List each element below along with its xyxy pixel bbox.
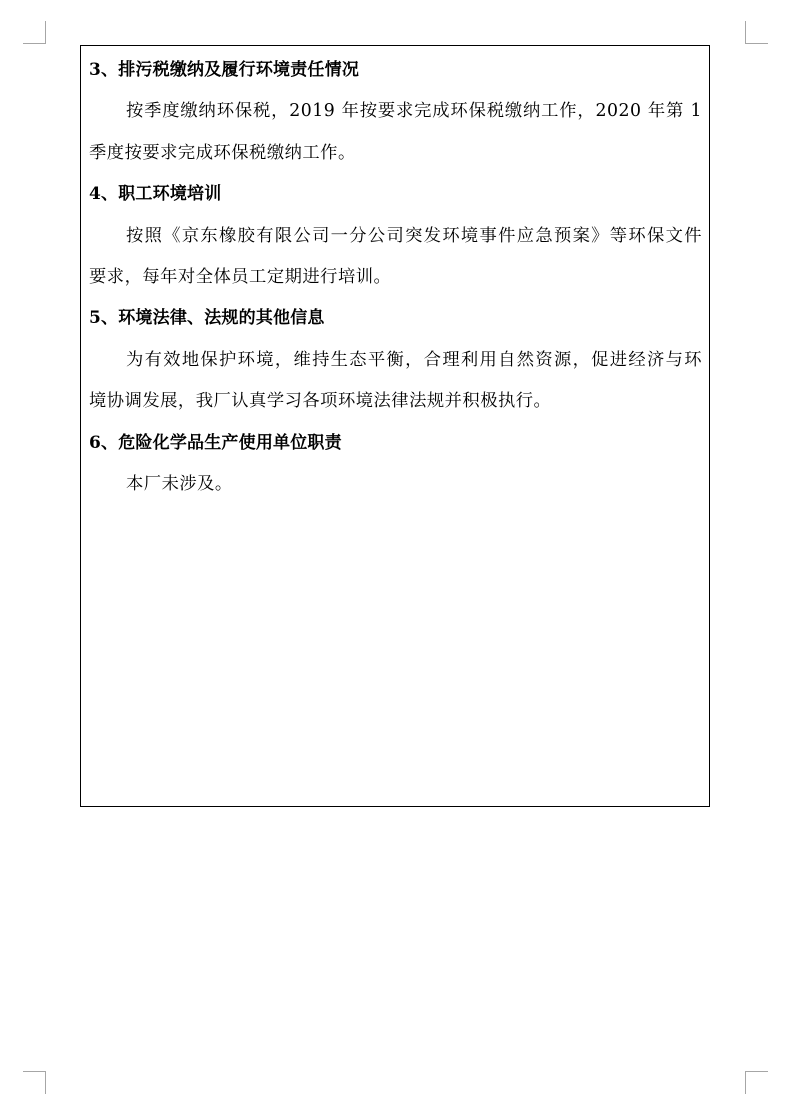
section-6-paragraph-line-1: 本厂未涉及。 (89, 464, 702, 505)
section-5-paragraph-line-2: 境协调发展，我厂认真学习各项环境法律法规并积极执行。 (89, 381, 702, 422)
crop-mark-bottom-left (23, 1071, 46, 1094)
crop-mark-top-left (23, 21, 46, 44)
section-4-paragraph-line-2: 要求，每年对全体员工定期进行培训。 (89, 257, 702, 298)
section-3-paragraph-line-2: 季度按要求完成环保税缴纳工作。 (89, 133, 702, 174)
crop-mark-top-right (745, 21, 768, 44)
section-4-paragraph-line-1: 按照《京东橡胶有限公司一分公司突发环境事件应急预案》等环保文件 (89, 216, 702, 257)
section-heading-6: 6、危险化学品生产使用单位职责 (89, 423, 702, 464)
section-heading-4: 4、职工环境培训 (89, 174, 702, 215)
crop-mark-bottom-right (745, 1071, 768, 1094)
content-table-cell: 3、排污税缴纳及履行环境责任情况 按季度缴纳环保税，2019 年按要求完成环保税… (80, 45, 710, 807)
section-heading-5: 5、环境法律、法规的其他信息 (89, 298, 702, 339)
section-3-paragraph-line-1: 按季度缴纳环保税，2019 年按要求完成环保税缴纳工作，2020 年第 1 (89, 91, 702, 132)
section-5-paragraph-line-1: 为有效地保护环境，维持生态平衡，合理利用自然资源，促进经济与环 (89, 340, 702, 381)
section-heading-3: 3、排污税缴纳及履行环境责任情况 (89, 50, 702, 91)
